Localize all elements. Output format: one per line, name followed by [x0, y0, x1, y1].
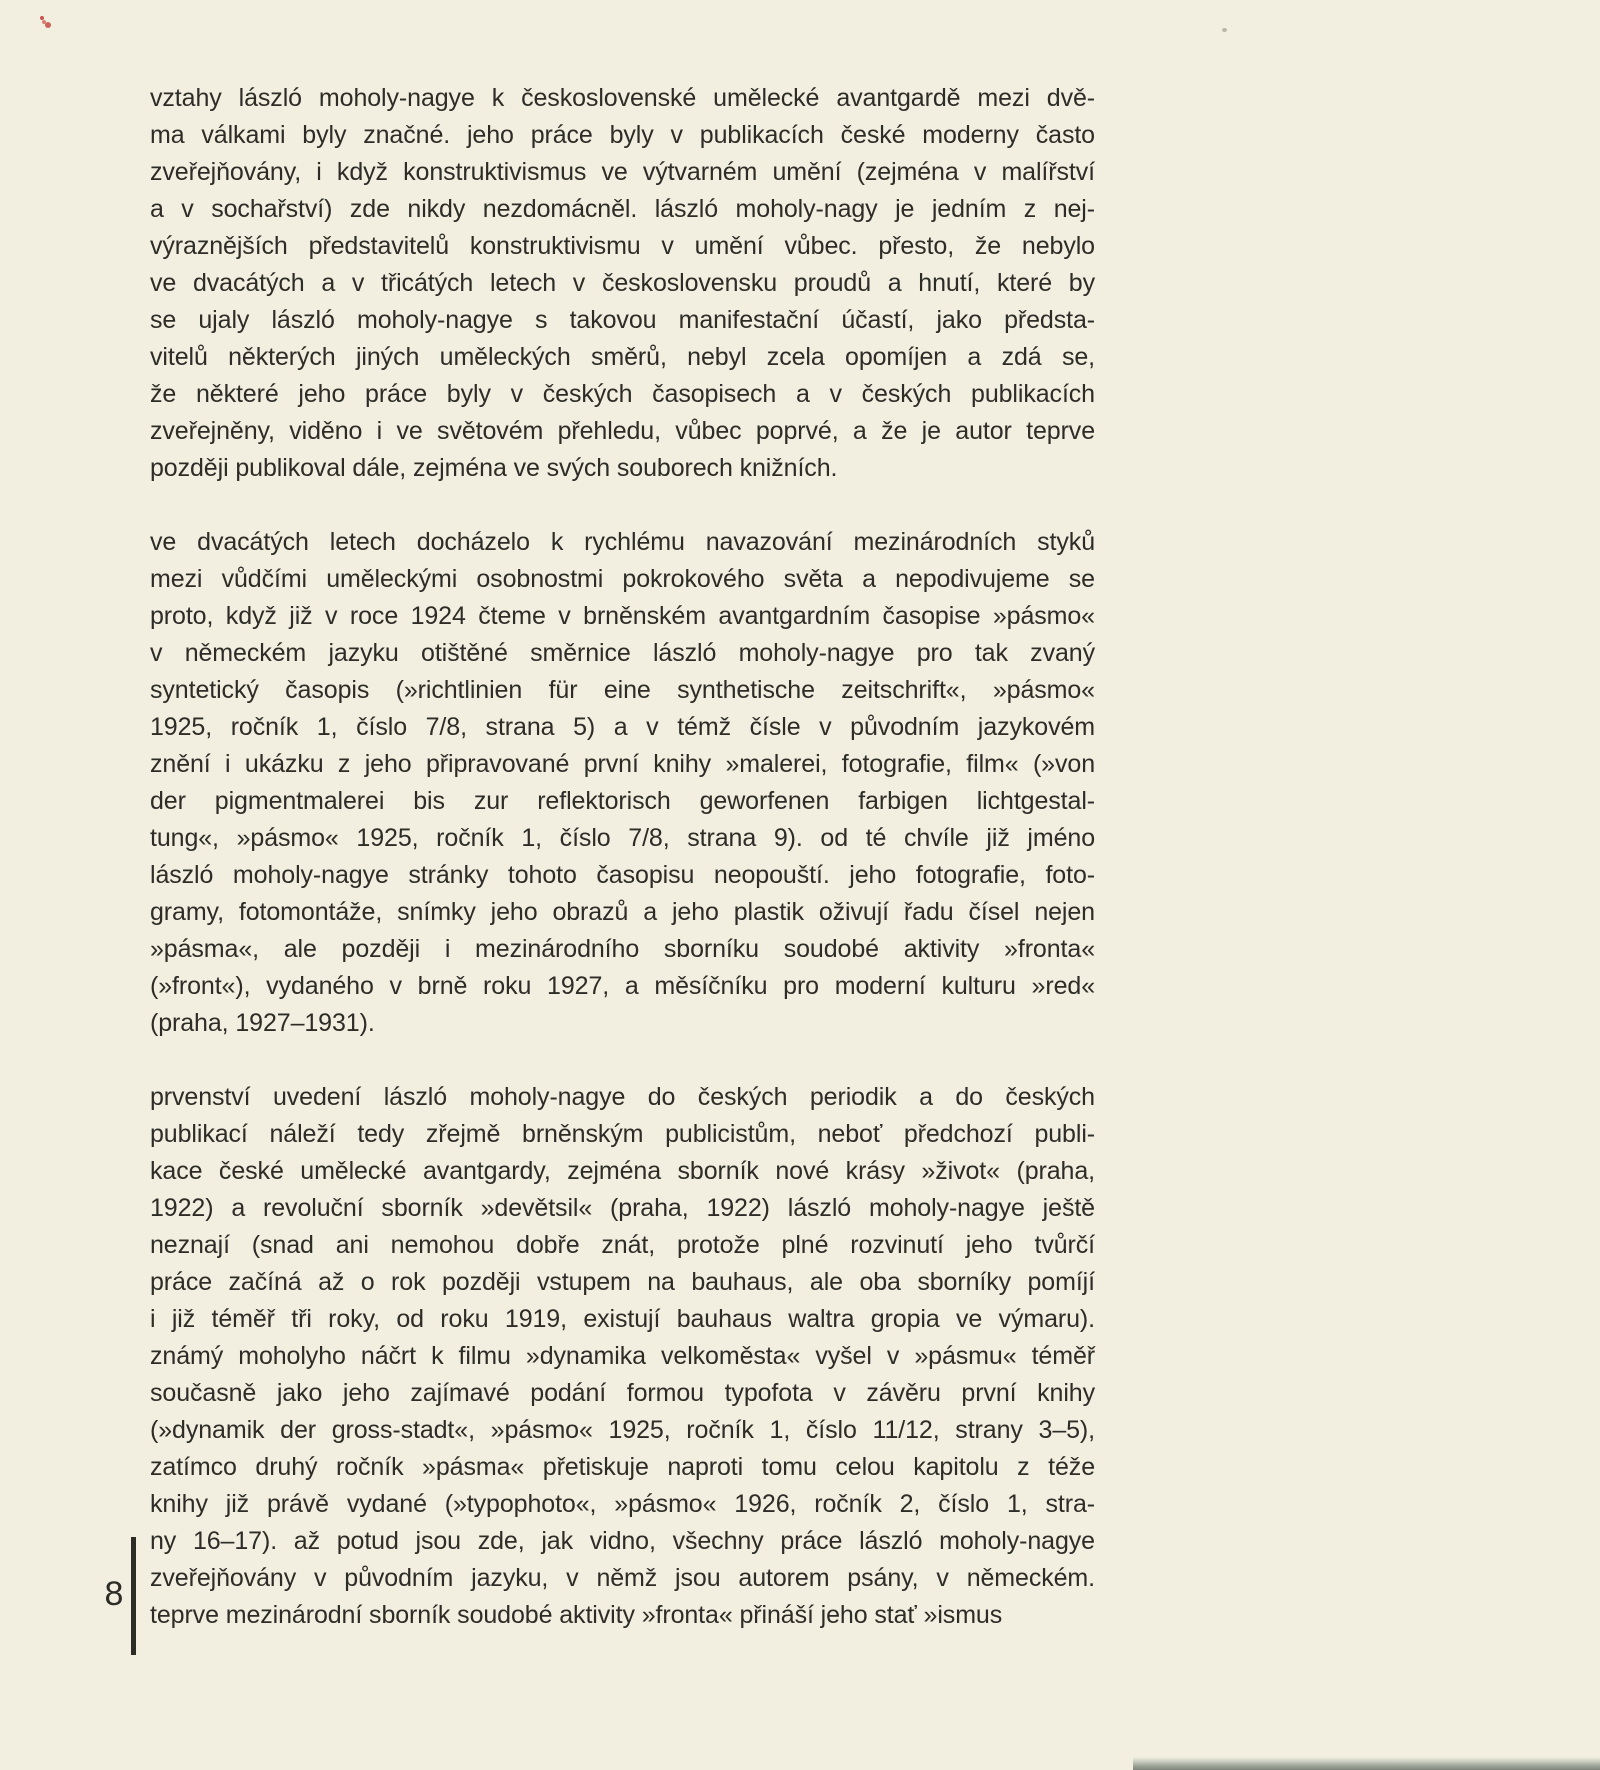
text-line: syntetický časopis (»richtlinien für ein… — [150, 672, 1095, 709]
text-line: 1925, ročník 1, číslo 7/8, strana 5) a v… — [150, 709, 1095, 746]
text-line: a v sochařství) zde nikdy nezdomácněl. l… — [150, 191, 1095, 228]
text-line: publikací náleží tedy zřejmě brněnským p… — [150, 1116, 1095, 1153]
text-line: der pigmentmalerei bis zur reflektorisch… — [150, 783, 1095, 820]
text-line: se ujaly lászló moholy-nagye s takovou m… — [150, 302, 1095, 339]
red-ink-speck — [40, 16, 44, 20]
text-line: ve dvacátých letech docházelo k rychlému… — [150, 524, 1095, 561]
text-line: vztahy lászló moholy-nagye k českosloven… — [150, 80, 1095, 117]
text-line: kace české umělecké avantgardy, zejména … — [150, 1153, 1095, 1190]
text-line: gramy, fotomontáže, snímky jeho obrazů a… — [150, 894, 1095, 931]
text-line: práce začíná až o rok později vstupem na… — [150, 1264, 1095, 1301]
text-line: neznají (snad ani nemohou dobře znát, pr… — [150, 1227, 1095, 1264]
text-line: mezi vůdčími uměleckými osobnostmi pokro… — [150, 561, 1095, 598]
body-text-block: vztahy lászló moholy-nagye k českosloven… — [150, 80, 1095, 1671]
text-line: tung«, »pásmo« 1925, ročník 1, číslo 7/8… — [150, 820, 1095, 857]
text-line: teprve mezinárodní sborník soudobé aktiv… — [150, 1597, 1095, 1634]
text-line: zveřejňovány v původním jazyku, v němž j… — [150, 1560, 1095, 1597]
text-line: ve dvacátých a v třicátých letech v česk… — [150, 265, 1095, 302]
paragraph-2: ve dvacátých letech docházelo k rychlému… — [150, 524, 1095, 1042]
text-line: proto, když již v roce 1924 čteme v brně… — [150, 598, 1095, 635]
book-page: vztahy lászló moholy-nagye k českosloven… — [0, 0, 1600, 1770]
text-line: (»front«), vydaného v brně roku 1927, a … — [150, 968, 1095, 1005]
text-line: znění i ukázku z jeho připravované první… — [150, 746, 1095, 783]
paragraph-1: vztahy lászló moholy-nagye k českosloven… — [150, 80, 1095, 487]
scan-edge-bar — [1133, 1757, 1600, 1770]
text-line: 1922) a revoluční sborník »devětsil« (pr… — [150, 1190, 1095, 1227]
text-line: ma válkami byly značné. jeho práce byly … — [150, 117, 1095, 154]
text-line: známý moholyho náčrt k filmu »dynamika v… — [150, 1338, 1095, 1375]
text-line: (praha, 1927–1931). — [150, 1005, 1095, 1042]
text-line: že některé jeho práce byly v českých čas… — [150, 376, 1095, 413]
paper-speck — [1222, 28, 1227, 32]
text-line: vitelů některých jiných uměleckých směrů… — [150, 339, 1095, 376]
text-line: v německém jazyku otištěné směrnice lász… — [150, 635, 1095, 672]
text-line: »pásma«, ale později i mezinárodního sbo… — [150, 931, 1095, 968]
text-line: i již téměř tři roky, od roku 1919, exis… — [150, 1301, 1095, 1338]
text-line: prvenství uvedení lászló moholy-nagye do… — [150, 1079, 1095, 1116]
paragraph-3: prvenství uvedení lászló moholy-nagye do… — [150, 1079, 1095, 1634]
text-line: současně jako jeho zajímavé podání formo… — [150, 1375, 1095, 1412]
text-line: výraznějších představitelů konstruktivis… — [150, 228, 1095, 265]
text-line: zveřejňovány, i když konstruktivismus ve… — [150, 154, 1095, 191]
text-line: lászló moholy-nagye stránky tohoto časop… — [150, 857, 1095, 894]
page-number: 8 — [100, 1574, 128, 1614]
text-line: knihy již právě vydané (»typophoto«, »pá… — [150, 1486, 1095, 1523]
text-line: ny 16–17). až potud jsou zde, jak vidno,… — [150, 1523, 1095, 1560]
text-line: zveřejněny, viděno i ve světovém přehled… — [150, 413, 1095, 450]
folio-divider-line — [131, 1537, 136, 1655]
text-line: zatímco druhý ročník »pásma« přetiskuje … — [150, 1449, 1095, 1486]
text-line: později publikoval dále, zejména ve svýc… — [150, 450, 1095, 487]
text-line: (»dynamik der gross-stadt«, »pásmo« 1925… — [150, 1412, 1095, 1449]
